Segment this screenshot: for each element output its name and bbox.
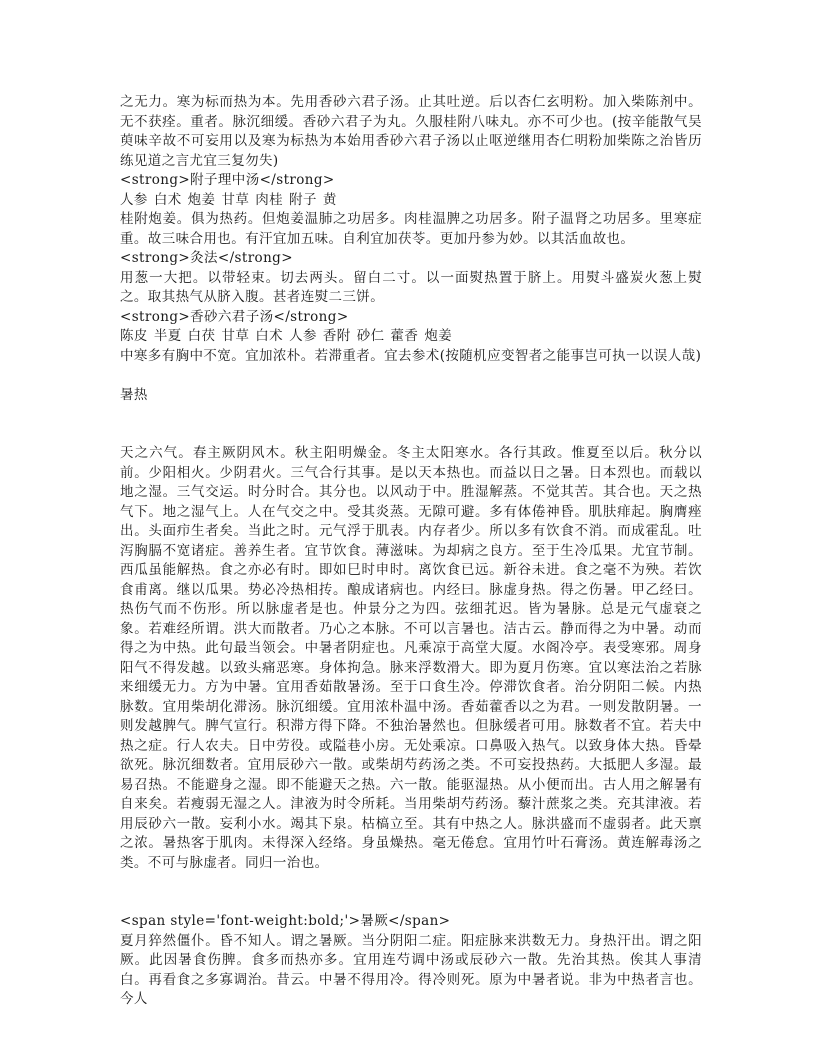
herb-item: 白术 xyxy=(154,192,182,208)
formula-heading-xiangsha-liujunzi: <strong>香砂六君子汤</strong> xyxy=(120,308,702,328)
herb-item: 半夏 xyxy=(154,328,182,344)
herb-item: 人参 xyxy=(120,192,148,208)
herb-item: 甘草 xyxy=(221,192,249,208)
section-title-shure: 暑热 xyxy=(120,386,702,406)
spacer xyxy=(120,405,702,444)
document-page: 之无力。寒为标而热为本。先用香砂六君子汤。止其吐逆。后以杏仁玄明粉。加入柴陈剂中… xyxy=(120,93,702,1010)
moxibustion-heading: <strong>灸法</strong> xyxy=(120,249,702,269)
section-paragraph-shure: 天之六气。春主厥阴风木。秋主阳明燥金。冬主太阳寒水。各行其政。惟夏至以后。秋分以… xyxy=(120,444,702,873)
section-paragraph-shujue: 夏月猝然僵仆。昏不知人。谓之暑厥。当分阴阳二症。阳症脉来洪数无力。身热汗出。谓之… xyxy=(120,932,702,1010)
herb-item: 甘草 xyxy=(221,328,249,344)
herb-list-fuzi-lizhong: 人参白术炮姜甘草肉桂附子黄 xyxy=(120,191,702,211)
moxibustion-text: 用葱一大把。以带轻束。切去两头。留白二寸。以一面熨热置于脐上。用熨斗盛炭火葱上熨… xyxy=(120,269,702,308)
formula-note-xiangsha-liujunzi: 中寒多有胸中不宽。宜加浓朴。若滞重者。宜去参术(按随机应变智者之能事岂可执一以误… xyxy=(120,347,702,367)
herb-item: 砂仁 xyxy=(357,328,385,344)
herb-item: 陈皮 xyxy=(120,328,148,344)
spacer xyxy=(120,366,702,386)
herb-list-xiangsha-liujunzi: 陈皮半夏白茯甘草白术人参香附砂仁藿香炮姜 xyxy=(120,327,702,347)
herb-item: 藿香 xyxy=(391,328,419,344)
herb-item: 肉桂 xyxy=(255,192,283,208)
herb-item: 白术 xyxy=(255,328,283,344)
formula-heading-fuzi-lizhong: <strong>附子理中汤</strong> xyxy=(120,171,702,191)
section-heading-shujue: <span style='font-weight:bold;'>暑厥</span… xyxy=(120,912,702,932)
herb-item: 白茯 xyxy=(188,328,216,344)
herb-item: 附子 xyxy=(289,192,317,208)
herb-item: 黄 xyxy=(323,192,337,208)
intro-paragraph: 之无力。寒为标而热为本。先用香砂六君子汤。止其吐逆。后以杏仁玄明粉。加入柴陈剂中… xyxy=(120,93,702,171)
herb-item: 香附 xyxy=(323,328,351,344)
formula-note-fuzi-lizhong: 桂附炮姜。俱为热药。但炮姜温肺之功居多。肉桂温脾之功居多。附子温肾之功居多。里寒… xyxy=(120,210,702,249)
herb-item: 炮姜 xyxy=(424,328,452,344)
spacer xyxy=(120,873,702,912)
herb-item: 人参 xyxy=(289,328,317,344)
herb-item: 炮姜 xyxy=(188,192,216,208)
